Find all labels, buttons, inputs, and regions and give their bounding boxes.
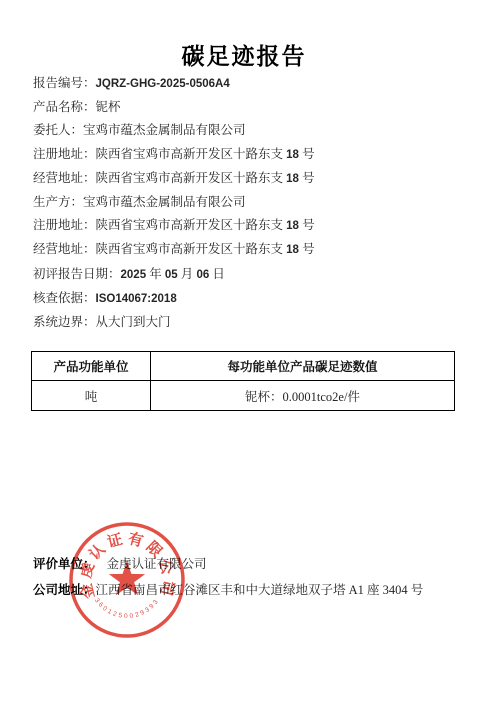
page-title: 碳足迹报告 — [0, 38, 488, 71]
table-row: 吨 铌杯：0.0001tco2e/件 — [32, 381, 455, 411]
info-value: 陕西省宝鸡市高新开发区十路东支 18 号 — [96, 218, 315, 232]
info-label: 委托人： — [33, 123, 83, 137]
info-line: 经营地址：陕西省宝鸡市高新开发区十路东支 18 号 — [33, 238, 472, 262]
info-line: 产品名称：铌杯 — [33, 96, 472, 119]
text-run: 号 — [299, 171, 315, 185]
info-line: 委托人：宝鸡市蕴杰金属制品有限公司 — [33, 119, 472, 142]
info-value: 宝鸡市蕴杰金属制品有限公司 — [83, 123, 246, 137]
info-value: 从大门到大门 — [96, 315, 171, 329]
text-run: 月 — [178, 267, 197, 281]
stamp-serial-holder: 3601250029393 — [93, 597, 161, 620]
info-label: 报告编号： — [33, 76, 96, 90]
info-value: 陕西省宝鸡市高新开发区十路东支 18 号 — [96, 147, 315, 161]
info-line: 核查依据：ISO14067:2018 — [33, 287, 472, 311]
info-line: 初评报告日期：2025 年 05 月 06 日 — [33, 263, 472, 287]
text-run: 号 — [299, 218, 315, 232]
info-line: 系统边界：从大门到大门 — [33, 311, 472, 334]
info-value: JQRZ-GHG-2025-0506A4 — [96, 76, 230, 90]
carbon-footprint-table: 产品功能单位 每功能单位产品碳足迹数值 吨 铌杯：0.0001tco2e/件 — [31, 351, 455, 411]
text-run: 陕西省宝鸡市高新开发区十路东支 — [96, 242, 287, 256]
latin-run: 06 — [196, 269, 209, 281]
text-run: 陕西省宝鸡市高新开发区十路东支 — [96, 171, 287, 185]
info-line: 生产方：宝鸡市蕴杰金属制品有限公司 — [33, 191, 472, 214]
info-line: 注册地址：陕西省宝鸡市高新开发区十路东支 18 号 — [33, 143, 472, 167]
table-header-functional-unit: 产品功能单位 — [32, 352, 151, 381]
text-run: 日 — [209, 267, 225, 281]
table-header-row: 产品功能单位 每功能单位产品碳足迹数值 — [32, 352, 455, 381]
info-label: 注册地址： — [33, 218, 96, 232]
text-run: 号 — [299, 242, 315, 256]
info-line: 报告编号：JQRZ-GHG-2025-0506A4 — [33, 72, 472, 96]
report-page: 碳足迹报告 报告编号：JQRZ-GHG-2025-0506A4 产品名称：铌杯 … — [0, 0, 488, 702]
info-list: 报告编号：JQRZ-GHG-2025-0506A4 产品名称：铌杯 委托人：宝鸡… — [33, 72, 472, 334]
info-label: 注册地址： — [33, 147, 96, 161]
table-cell-value: 铌杯：0.0001tco2e/件 — [151, 381, 455, 411]
latin-run: ISO14067:2018 — [96, 293, 177, 305]
info-label: 核查依据： — [33, 291, 96, 305]
text-run: 陕西省宝鸡市高新开发区十路东支 — [96, 147, 287, 161]
stamp-star-icon — [109, 561, 145, 595]
latin-run: 18 — [286, 244, 299, 256]
latin-run: 2025 — [121, 269, 147, 281]
text-run: 宝鸡市蕴杰金属制品有限公司 — [83, 123, 246, 137]
info-label: 生产方： — [33, 195, 83, 209]
table-header-footprint-value: 每功能单位产品碳足迹数值 — [151, 352, 455, 381]
company-seal-stamp: 金虔认证有限公司 3601250029393 — [64, 517, 190, 643]
info-value: ISO14067:2018 — [96, 291, 177, 305]
text-run: 年 — [146, 267, 165, 281]
latin-run: 05 — [165, 269, 178, 281]
info-label: 产品名称： — [33, 100, 96, 114]
info-value: 陕西省宝鸡市高新开发区十路东支 18 号 — [96, 242, 315, 256]
text-run: 铌杯 — [96, 100, 121, 114]
info-value: 宝鸡市蕴杰金属制品有限公司 — [83, 195, 246, 209]
text-run: 从大门到大门 — [96, 315, 171, 329]
stamp-serial-number: 3601250029393 — [93, 597, 161, 620]
info-line: 经营地址：陕西省宝鸡市高新开发区十路东支 18 号 — [33, 167, 472, 191]
text-run: 号 — [299, 147, 315, 161]
info-value: 铌杯 — [96, 100, 121, 114]
info-label: 系统边界： — [33, 315, 96, 329]
latin-run: 18 — [286, 173, 299, 185]
info-label: 经营地址： — [33, 242, 96, 256]
latin-run: JQRZ-GHG-2025-0506A4 — [96, 78, 230, 90]
table-cell-unit: 吨 — [32, 381, 151, 411]
text-run: 宝鸡市蕴杰金属制品有限公司 — [83, 195, 246, 209]
latin-run: 18 — [286, 149, 299, 161]
latin-run: 18 — [286, 220, 299, 232]
info-value: 2025 年 05 月 06 日 — [121, 267, 225, 281]
info-label: 初评报告日期： — [33, 267, 121, 281]
info-line: 注册地址：陕西省宝鸡市高新开发区十路东支 18 号 — [33, 214, 472, 238]
info-value: 陕西省宝鸡市高新开发区十路东支 18 号 — [96, 171, 315, 185]
info-label: 经营地址： — [33, 171, 96, 185]
text-run: 陕西省宝鸡市高新开发区十路东支 — [96, 218, 287, 232]
